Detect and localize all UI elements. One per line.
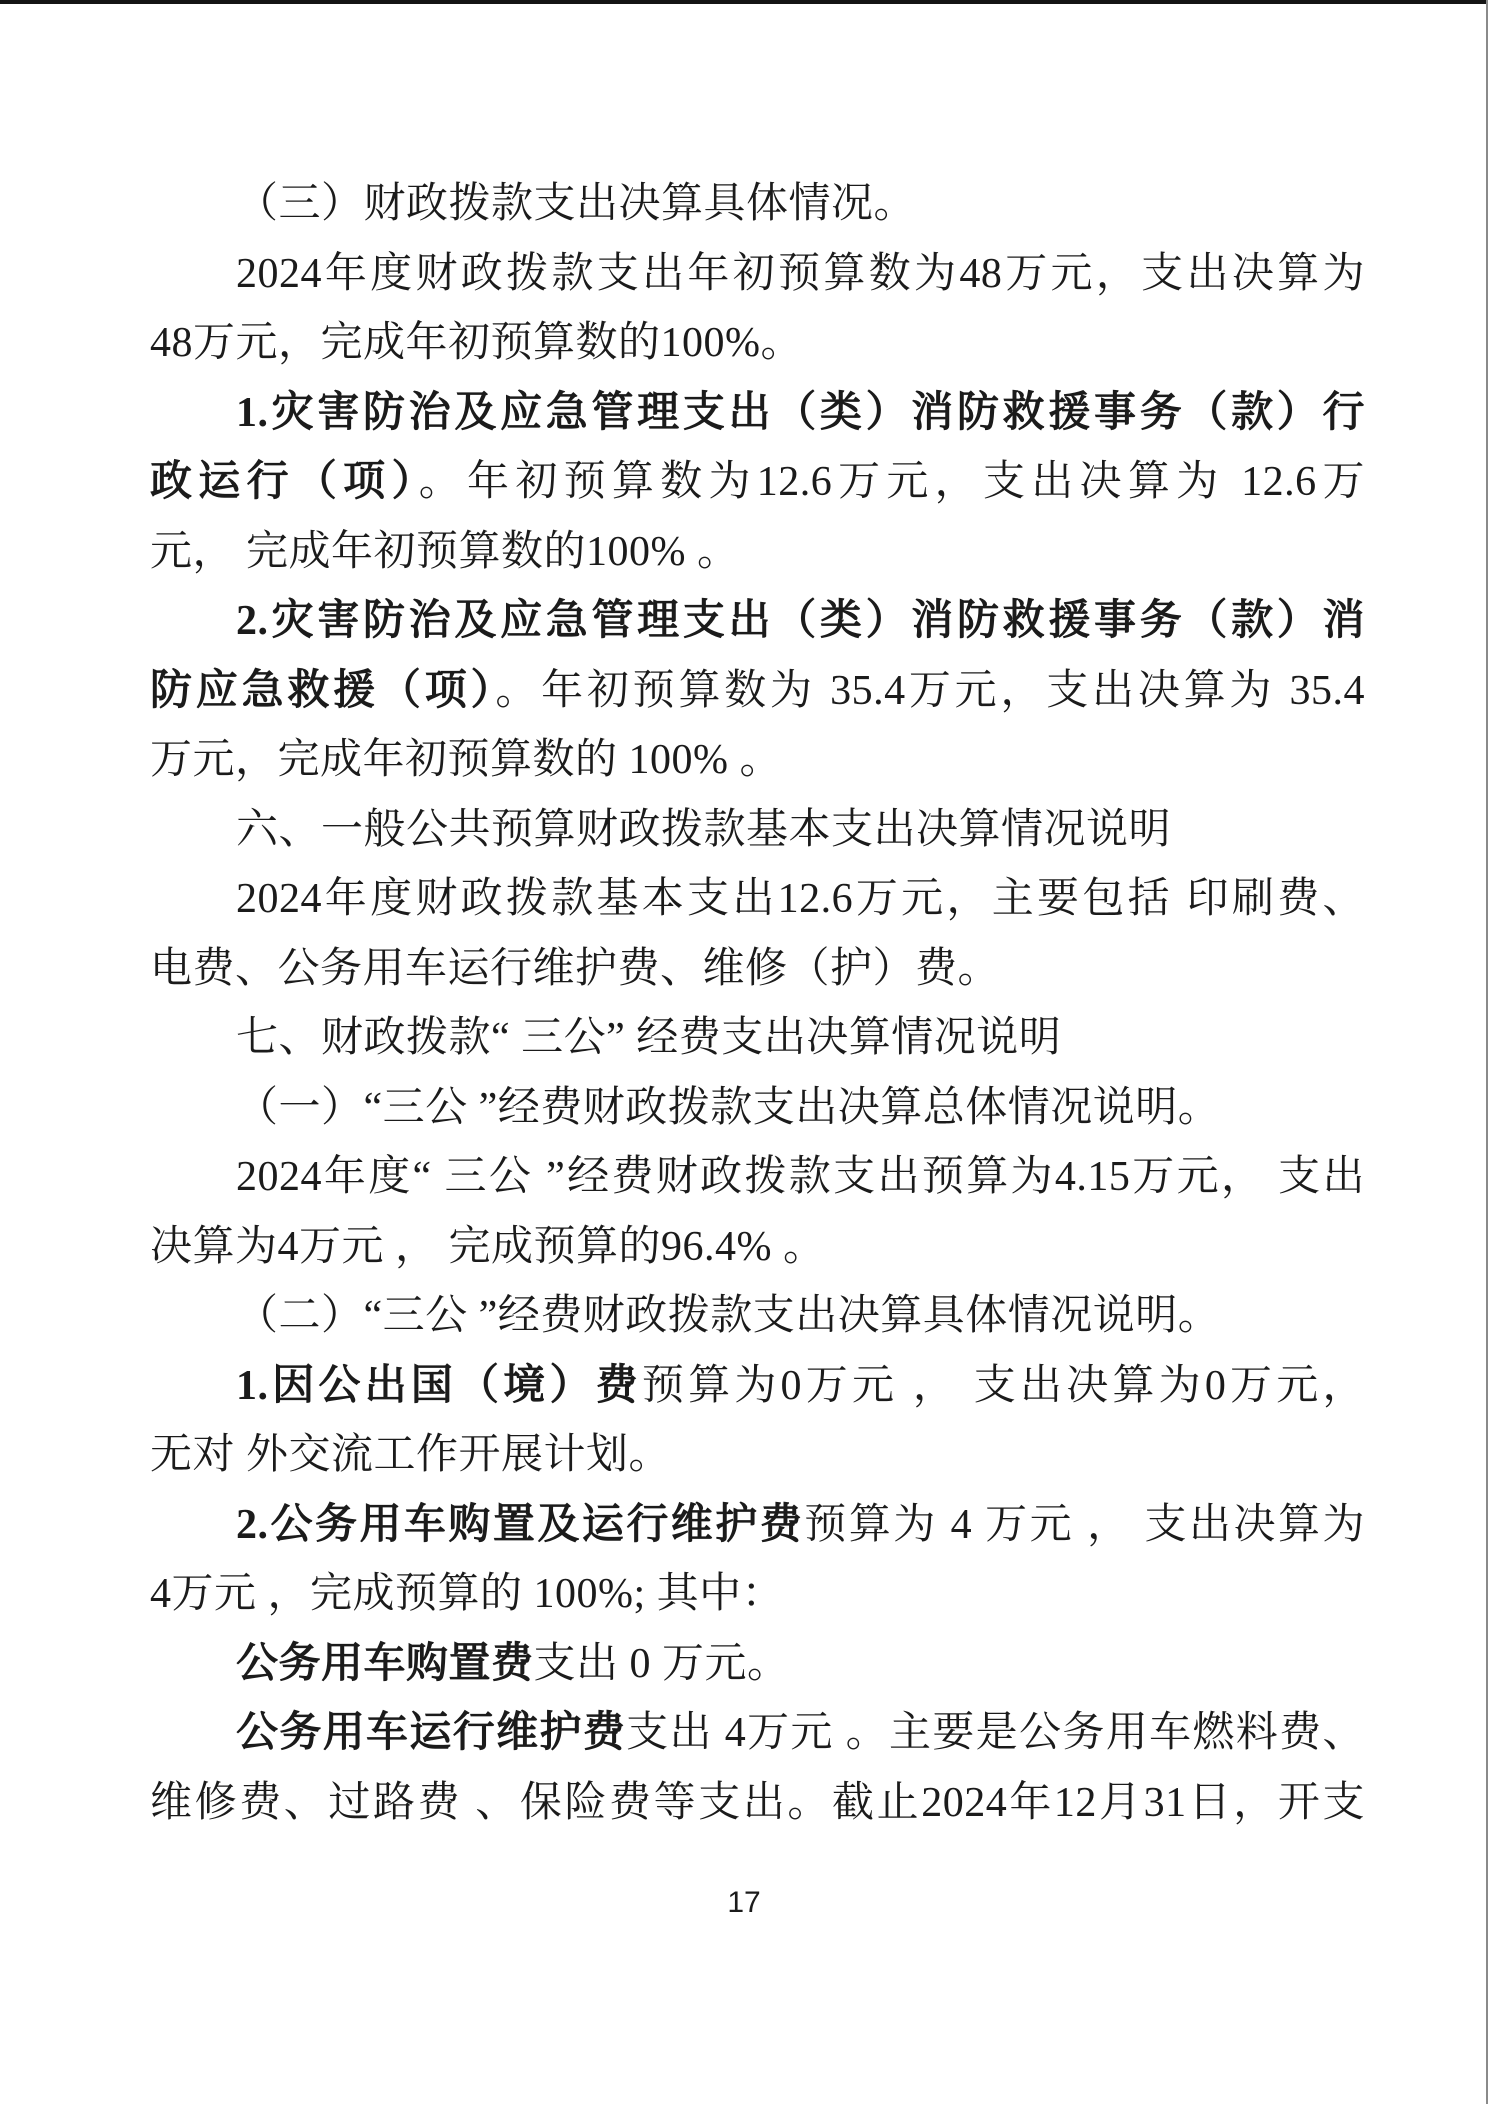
text-segment: 48万元，完成年初预算数的100%。 xyxy=(150,320,803,366)
text-segment: 2.灾害防治及应急管理支出（类）消防救援事务（款）消 xyxy=(236,598,1365,644)
text-segment: 公务用车购置费 xyxy=(236,1641,534,1687)
doc-line-20: 2.公务用车购置及运行维护费预算为 4 万元 ， 支出决算为 xyxy=(150,1491,1365,1561)
text-segment: 七、财政拨款“ 三公” 经费支出决算情况说明 xyxy=(236,1015,1061,1061)
doc-line-16: 决算为4万元 ， 完成预算的96.4% 。 xyxy=(150,1213,1365,1283)
text-segment: 政运行（项） xyxy=(150,459,419,505)
doc-line-13: 七、财政拨款“ 三公” 经费支出决算情况说明 xyxy=(150,1004,1365,1074)
text-segment: 。年初预算数为12.6万元，支出决算为 12.6万 xyxy=(419,459,1365,505)
text-segment: （三）财政拨款支出决算具体情况。 xyxy=(236,181,916,227)
doc-line-6: 元， 完成年初预算数的100% 。 xyxy=(150,518,1365,588)
text-segment: 防应急救援（项） xyxy=(150,668,495,714)
doc-line-10: 六、一般公共预算财政拨款基本支出决算情况说明 xyxy=(150,796,1365,866)
doc-line-7: 2.灾害防治及应急管理支出（类）消防救援事务（款）消 xyxy=(150,587,1365,657)
text-segment: 预算为0万元 ， 支出决算为0万元， xyxy=(642,1363,1365,1409)
text-segment: 支出 4万元 。主要是公务用车燃料费、 xyxy=(626,1710,1365,1756)
text-segment: 2024年度“ 三公 ”经费财政拨款支出预算为4.15万元， 支出 xyxy=(236,1154,1365,1200)
text-segment: 预算为 4 万元 ， 支出决算为 xyxy=(804,1502,1365,1548)
doc-line-12: 电费、公务用车运行维护费、维修（护）费。 xyxy=(150,935,1365,1005)
page-top-edge-line xyxy=(0,0,1488,4)
text-segment: 支出 0 万元。 xyxy=(534,1641,790,1687)
document-page: （三）财政拨款支出决算具体情况。 2024年度财政拨款支出年初预算数为48万元，… xyxy=(0,0,1488,2104)
text-segment: （二）“三公 ”经费财政拨款支出决算具体情况说明。 xyxy=(236,1293,1220,1339)
doc-line-14: （一）“三公 ”经费财政拨款支出决算总体情况说明。 xyxy=(150,1074,1365,1144)
doc-line-3: 48万元，完成年初预算数的100%。 xyxy=(150,309,1365,379)
text-segment: 1.因公出国（境）费 xyxy=(236,1363,642,1409)
doc-line-21: 4万元 ，完成预算的 100%; 其中： xyxy=(150,1560,1365,1630)
text-segment: 决算为4万元 ， 完成预算的96.4% 。 xyxy=(150,1224,826,1270)
doc-line-2: 2024年度财政拨款支出年初预算数为48万元，支出决算为 xyxy=(150,240,1365,310)
doc-line-4: 1.灾害防治及应急管理支出（类）消防救援事务（款）行 xyxy=(150,379,1365,449)
text-segment: 电费、公务用车运行维护费、维修（护）费。 xyxy=(150,946,1000,992)
text-segment: 。年初预算数为 35.4万元，支出决算为 35.4 xyxy=(495,668,1365,714)
doc-line-11: 2024年度财政拨款基本支出12.6万元，主要包括 印刷费、 xyxy=(150,865,1365,935)
doc-line-24: 维修费、过路费 、保险费等支出。截止2024年12月31日，开支 xyxy=(150,1769,1365,1839)
text-segment: 六、一般公共预算财政拨款基本支出决算情况说明 xyxy=(236,807,1171,853)
text-segment: 维修费、过路费 、保险费等支出。截止2024年12月31日，开支 xyxy=(150,1780,1365,1826)
text-segment: 元， 完成年初预算数的100% 。 xyxy=(150,529,740,575)
doc-line-19: 无对 外交流工作开展计划。 xyxy=(150,1421,1365,1491)
text-segment: 2024年度财政拨款支出年初预算数为48万元，支出决算为 xyxy=(236,251,1365,297)
text-segment: 1.灾害防治及应急管理支出（类）消防救援事务（款）行 xyxy=(236,390,1365,436)
doc-line-17: （二）“三公 ”经费财政拨款支出决算具体情况说明。 xyxy=(150,1282,1365,1352)
text-segment: 2024年度财政拨款基本支出12.6万元，主要包括 印刷费、 xyxy=(236,876,1365,922)
text-segment: 2.公务用车购置及运行维护费 xyxy=(236,1502,804,1548)
doc-line-18: 1.因公出国（境）费预算为0万元 ， 支出决算为0万元， xyxy=(150,1352,1365,1422)
document-body: （三）财政拨款支出决算具体情况。 2024年度财政拨款支出年初预算数为48万元，… xyxy=(150,170,1365,1838)
text-segment: 万元，完成年初预算数的 100% 。 xyxy=(150,737,782,783)
text-segment: 公务用车运行维护费 xyxy=(236,1710,626,1756)
page-number: 17 xyxy=(0,1886,1488,1920)
doc-line-8: 防应急救援（项）。年初预算数为 35.4万元，支出决算为 35.4 xyxy=(150,657,1365,727)
doc-line-23: 公务用车运行维护费支出 4万元 。主要是公务用车燃料费、 xyxy=(150,1699,1365,1769)
doc-line-9: 万元，完成年初预算数的 100% 。 xyxy=(150,726,1365,796)
text-segment: 4万元 ，完成预算的 100%; 其中： xyxy=(150,1571,784,1617)
doc-line-5: 政运行（项）。年初预算数为12.6万元，支出决算为 12.6万 xyxy=(150,448,1365,518)
text-segment: （一）“三公 ”经费财政拨款支出决算总体情况说明。 xyxy=(236,1085,1220,1131)
doc-line-22: 公务用车购置费支出 0 万元。 xyxy=(150,1630,1365,1700)
doc-line-1: （三）财政拨款支出决算具体情况。 xyxy=(150,170,1365,240)
text-segment: 无对 外交流工作开展计划。 xyxy=(150,1432,671,1478)
doc-line-15: 2024年度“ 三公 ”经费财政拨款支出预算为4.15万元， 支出 xyxy=(150,1143,1365,1213)
